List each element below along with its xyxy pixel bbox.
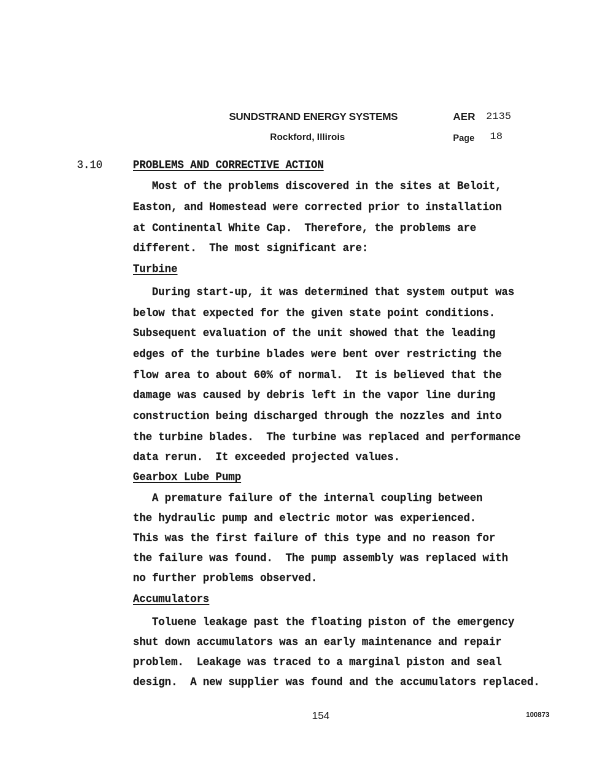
footer-page-number: 154 xyxy=(312,710,330,722)
paragraph-line: shut down accumulators was an early main… xyxy=(133,637,502,649)
header-page-number: 18 xyxy=(490,131,503,143)
company-name: SUNDSTRAND ENERGY SYSTEMS xyxy=(229,111,398,123)
paragraph-line: A premature failure of the internal coup… xyxy=(152,493,483,505)
aer-number: 2135 xyxy=(486,111,511,123)
paragraph-line: the turbine blades. The turbine was repl… xyxy=(133,432,521,444)
paragraph-line: edges of the turbine blades were bent ov… xyxy=(133,349,502,361)
paragraph-line: flow area to about 60% of normal. It is … xyxy=(133,370,502,382)
section-title: PROBLEMS AND CORRECTIVE ACTION xyxy=(133,160,324,172)
document-code: 100873 xyxy=(526,712,549,719)
section-number: 3.10 xyxy=(77,160,102,172)
page-label: Page xyxy=(453,133,475,143)
paragraph-line: construction being discharged through th… xyxy=(133,411,502,423)
paragraph-line: This was the first failure of this type … xyxy=(133,533,495,545)
paragraph-line: Easton, and Homestead were corrected pri… xyxy=(133,202,502,214)
paragraph-line: the failure was found. The pump assembly… xyxy=(133,553,508,565)
paragraph-line: During start-up, it was determined that … xyxy=(152,287,514,299)
paragraph-line: damage was caused by debris left in the … xyxy=(133,390,495,402)
paragraph-line: design. A new supplier was found and the… xyxy=(133,677,540,689)
paragraph-line: Most of the problems discovered in the s… xyxy=(152,181,502,193)
paragraph-line: the hydraulic pump and electric motor wa… xyxy=(133,513,476,525)
paragraph-line: Toluene leakage past the floating piston… xyxy=(152,617,514,629)
subsection-title-gearbox-lube-pump: Gearbox Lube Pump xyxy=(133,472,241,484)
subsection-title-accumulators: Accumulators xyxy=(133,594,209,606)
paragraph-line: Subsequent evaluation of the unit showed… xyxy=(133,328,495,340)
paragraph-line: at Continental White Cap. Therefore, the… xyxy=(133,223,476,235)
paragraph-line: below that expected for the given state … xyxy=(133,308,495,320)
paragraph-line: problem. Leakage was traced to a margina… xyxy=(133,657,502,669)
subsection-title-turbine: Turbine xyxy=(133,264,178,276)
aer-label: AER xyxy=(453,111,475,123)
company-location: Rockford, Illirois xyxy=(270,132,345,143)
paragraph-line: data rerun. It exceeded projected values… xyxy=(133,452,400,464)
paragraph-line: no further problems observed. xyxy=(133,573,317,585)
paragraph-line: different. The most significant are: xyxy=(133,243,368,255)
